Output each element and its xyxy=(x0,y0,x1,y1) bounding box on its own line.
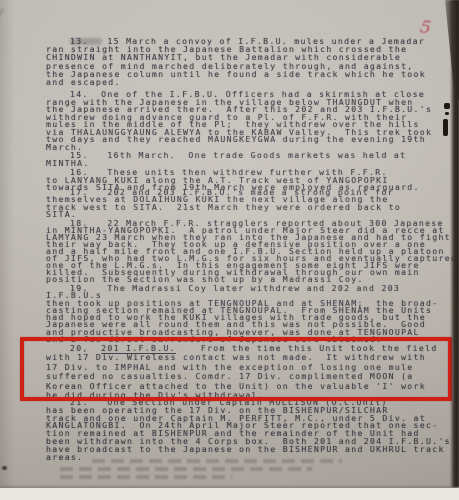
page-edge-shadow xyxy=(450,0,459,487)
paragraph-13: 13. 15 March a convoy of I.F.B.U. mules … xyxy=(46,37,459,86)
paragraph-21: 21. One Section under Captain MOLLISON (… xyxy=(46,399,459,461)
highlight-box-paragraph-20 xyxy=(20,337,452,401)
scan-bottom-strip xyxy=(0,488,459,500)
bleed-through-line xyxy=(60,467,312,471)
scanned-document-page: 13. 15 March a convoy of I.F.B.U. mules … xyxy=(0,0,459,500)
bleed-through-line xyxy=(60,475,232,479)
ink-dot xyxy=(2,466,7,470)
paragraph-17: 17. 202 and 203 I.F.B.U.'s made a strong… xyxy=(46,189,459,219)
bleed-through-line xyxy=(92,459,342,463)
paragraph-15: 15. 16th March. One trade Goods markets … xyxy=(46,151,459,167)
paragraph-18: 18. 22 March F.F.R. stragglers reported … xyxy=(46,220,459,283)
margin-ink-marks xyxy=(443,103,453,137)
paragraph-14: 14. One of the I.F.B.U. Officers had a s… xyxy=(46,91,459,151)
paragraph-19: 19. The Madrassi Coy later withdrew and … xyxy=(46,285,459,343)
document-text-layer: 13. 15 March a convoy of I.F.B.U. mules … xyxy=(0,0,459,500)
